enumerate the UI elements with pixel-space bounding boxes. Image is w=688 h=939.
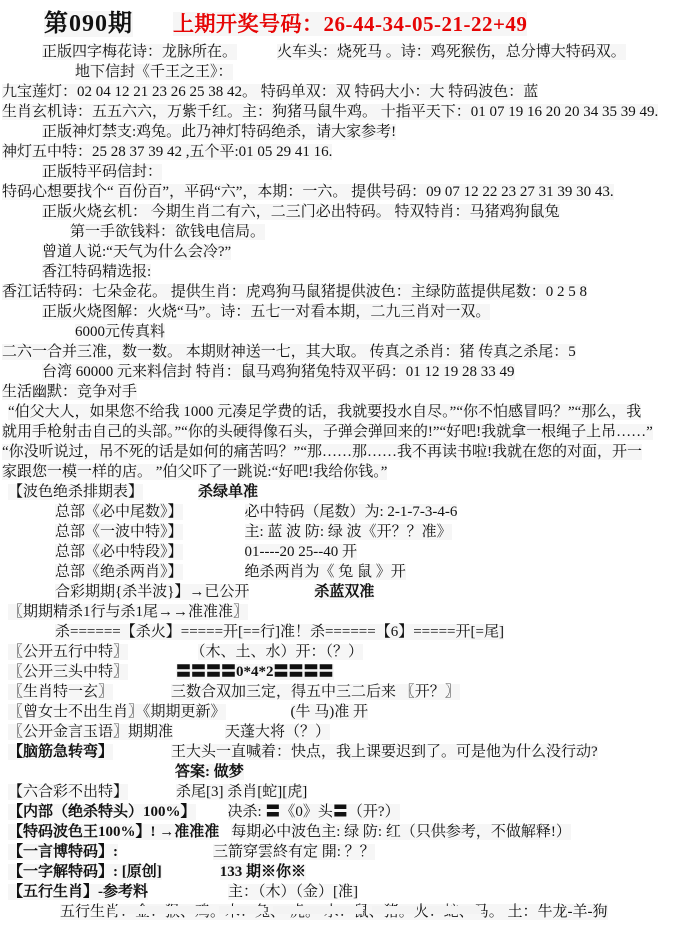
text-segment: 〖公开五行中特〗 xyxy=(8,644,128,660)
money-tip-line: 第一手欲钱料：欲钱电信局。 xyxy=(0,222,688,242)
text-segment: 〖期期精杀1行与杀1尾→→准准准〗 xyxy=(8,604,248,620)
internal-kill-head-line: 【内部（绝杀特头）100%】决杀: 〓《0》头〓（开?） xyxy=(0,802,688,822)
humor-title-line: 生活幽默：竞争对手 xyxy=(0,382,688,402)
text-segment: 就用手枪射击自己的头部。”“你的头硬得像石头，子弹会弹回来的!”“好吧!我就拿一… xyxy=(2,424,653,440)
lamp-five-line: 神灯五中特：25 28 37 39 42 ,五个平:01 05 29 41 16… xyxy=(0,142,688,162)
riddle-line: 【脑筋急转弯】王大头一直喊着：快点，我上课要迟到了。可是他为什么没行动? xyxy=(0,742,688,762)
scan-artifact xyxy=(115,906,481,914)
text-segment: 总部《绝杀两肖》】 xyxy=(55,564,183,580)
text-segment: 【六合彩不出特】 xyxy=(8,784,128,800)
text-segment: 正版火烧玄机： 今期生肖二有六，二三门必出特码。 特双特肖：马猪鸡狗鼠兔 xyxy=(42,204,560,220)
text-segment: 二六一合并三准，数一数。 本期财神送一七，其大取。 传真之杀肖：猪 传真之杀尾：… xyxy=(2,344,576,360)
one-char-solve-line: 【一字解特码】: [原创]133 期※你※ xyxy=(0,862,688,882)
text-segment: 杀尾[3] 杀肖[蛇][虎] xyxy=(176,784,307,800)
precise-kill-detail-line: 杀======【杀火】=====开[==行]准！杀======【6】=====开… xyxy=(0,622,688,642)
text-segment: 天蓬大将（？） xyxy=(225,724,330,740)
text-segment: 【五行生肖】-参考料 xyxy=(8,884,148,900)
scan-artifact-block xyxy=(219,906,264,914)
text-segment: 神灯五中特：25 28 37 39 42 ,五个平:01 05 29 41 16… xyxy=(2,144,332,160)
text-segment: 〖公开金言玉语〗期期准 xyxy=(8,724,173,740)
lotus-lamp-line: 九宝莲灯：02 04 12 21 23 26 25 38 42。 特码单双：双 … xyxy=(0,82,688,102)
plum-poem-line: 正版四字梅花诗：龙脉所在。火车头：烧死马 。诗：鸡死猴伤，总分博大特码双。 xyxy=(0,42,688,62)
hq-wave-line: 总部《一波中特》】主: 蓝 波 防: 绿 波《开？？准》 xyxy=(0,522,688,542)
text-segment: 决杀: 〓《0》头〓（开?） xyxy=(228,804,400,820)
fax-kill-line: 二六一合并三准，数一数。 本期财神送一七，其大取。 传真之杀肖：猪 传真之杀尾：… xyxy=(0,342,688,362)
text-segment: 133 期※你※ xyxy=(220,864,306,880)
riddle-answer-line: 答案: 做梦 xyxy=(0,762,688,782)
text-segment: 正版四字梅花诗：龙脉所在。 xyxy=(42,44,237,60)
zodiac-mystery-line: 〖生肖特一玄〗三数合双加三定，得五中三二后来 〖开？〗 xyxy=(0,682,688,702)
text-segment: 〖曾女士不出生肖〗《期期更新》 xyxy=(8,704,226,720)
header-row: 第090期上期开奖号码：26-44-34-05-21-22+49 xyxy=(0,6,688,42)
text-segment: 总部《必中特段》】 xyxy=(55,544,183,560)
text-segment: 总部《一波中特》】 xyxy=(55,524,183,540)
hongkong-report-line: 香江特码精选报: xyxy=(0,262,688,282)
text-segment: 杀绿单准 xyxy=(198,484,258,500)
hq-range-line: 总部《必中特段》】01----20 25--40 开 xyxy=(0,542,688,562)
ms-zeng-line: 〖曾女士不出生肖〗《期期更新》(牛 马)准 开 xyxy=(0,702,688,722)
text-segment: 总部《必中尾数》】 xyxy=(55,504,183,520)
golden-words-line: 〖公开金言玉语〗期期准天蓬大将（？） xyxy=(0,722,688,742)
text-segment: 三箭穿雲終有定 開: ？？ xyxy=(213,844,375,860)
text-segment: (牛 马)准 开 xyxy=(291,704,369,720)
text-segment: 【一字解特码】: [原创] xyxy=(8,864,162,880)
text-segment: 香江特码精选报: xyxy=(42,264,151,280)
text-segment: 九宝莲灯：02 04 12 21 23 26 25 38 42。 特码单双：双 … xyxy=(2,84,538,100)
issue-number: 第090期 xyxy=(44,11,133,37)
humor-paragraph-line-2: 就用手枪射击自己的头部。”“你的头硬得像石头，子弹会弹回来的!”“好吧!我就拿一… xyxy=(0,422,688,442)
special-envelope-line: 正版特平码信封： xyxy=(0,162,688,182)
text-segment: 杀蓝双准 xyxy=(314,584,374,600)
text-segment: 生肖玄机诗：五五六六，万紫千红。主：狗猪马鼠牛鸡。 十指平天下：01 07 19… xyxy=(2,104,658,120)
text-segment: 【一言博特码】: xyxy=(8,844,118,860)
text-segment: 每期必中波色主: 绿 防: 红（只供参考，不做解释!） xyxy=(231,824,571,840)
text-segment: 01----20 25--40 开 xyxy=(245,544,357,560)
text-segment: 香江话特码：七朵金花。 提供生肖：虎鸡狗马鼠猪提供波色：主绿防蓝提供尾数：0 2… xyxy=(2,284,587,300)
three-heads-line: 〖公开三头中特〗〓〓〓〓0*4*2〓〓〓〓 xyxy=(0,662,688,682)
text-segment: 主: 蓝 波 防: 绿 波《开？？准》 xyxy=(245,524,452,540)
text-segment: 三数合双加三定，得五中三二后来 〖开？〗 xyxy=(171,684,460,700)
text-segment: 正版特平码信封： xyxy=(42,164,162,180)
text-segment: 【波色绝杀排期表】 xyxy=(8,484,143,500)
text-segment: 【内部（绝杀特头）100%】 xyxy=(8,804,196,820)
scan-artifact-block xyxy=(115,906,210,914)
hq-tail-line: 总部《必中尾数》】必中特码（尾数）为: 2-1-7-3-4-6 xyxy=(0,502,688,522)
text-segment: 火车头：烧死马 。诗：鸡死猴伤，总分博大特码双。 xyxy=(277,44,626,60)
envelope-title-line: 地下信封《千王之王》： xyxy=(0,62,688,82)
zodiac-poem-line: 生肖玄机诗：五五六六，万紫千红。主：狗猪马鼠牛鸡。 十指平天下：01 07 19… xyxy=(0,102,688,122)
precise-kill-title-line: 〖期期精杀1行与杀1尾→→准准准〗 xyxy=(0,602,688,622)
zeng-says-line: 曾道人说:“天气为什么会冷?” xyxy=(0,242,688,262)
text-segment: 第一手欲钱料：欲钱电信局。 xyxy=(70,224,265,240)
text-segment: 曾道人说:“天气为什么会冷?” xyxy=(42,244,231,260)
text-segment: “你没听说过，吊不死的话是如何的痛苦吗？”“那……那……我不再读书啦!我就在您的… xyxy=(2,444,642,460)
text-segment: 〓〓〓〓0*4*2〓〓〓〓 xyxy=(176,664,334,680)
fire-mystery-line: 正版火烧玄机： 今期生肖二有六，二三门必出特码。 特双特肖：马猪鸡狗鼠兔 xyxy=(0,202,688,222)
fire-diagram-line: 正版火烧图解：火烧“马”。诗：五七一对看本期，二九三肖对一双。 xyxy=(0,302,688,322)
text-segment: 【特码波色王100%】! →准准准 xyxy=(8,824,219,840)
text-segment: （木、土、水）开：（？） xyxy=(198,644,363,660)
text-segment: 6000元传真料 xyxy=(75,324,165,340)
text-segment: 必中特码（尾数）为: 2-1-7-3-4-6 xyxy=(245,504,458,520)
text-segment: 〖生肖特一玄〗 xyxy=(8,684,113,700)
text-segment: 答案: 做梦 xyxy=(175,764,244,780)
text-segment: 正版神灯禁支:鸡兔。此乃神灯特码绝杀，请大家参考! xyxy=(42,124,396,140)
document-body: 第090期上期开奖号码：26-44-34-05-21-22+49正版四字梅花诗：… xyxy=(0,6,688,922)
half-wave-line: 合彩期期{杀半波}】→已公开杀蓝双准 xyxy=(0,582,688,602)
text-segment: “伯父大人，如果您不给我 1000 元凑足学费的话，我就要投水自尽。”“你不怕感… xyxy=(8,404,641,420)
wave-king-line: 【特码波色王100%】! →准准准每期必中波色主: 绿 防: 红（只供参考，不做… xyxy=(0,822,688,842)
taiwan-envelope-line: 台湾 60000 元来料信封 特肖：鼠马鸡狗猪兔特双平码：01 12 19 28… xyxy=(0,362,688,382)
fax-6000-line: 6000元传真料 xyxy=(0,322,688,342)
no-special-line: 【六合彩不出特】杀尾[3] 杀肖[蛇][虎] xyxy=(0,782,688,802)
text-segment: 台湾 60000 元来料信封 特肖：鼠马鸡狗猪兔特双平码：01 12 19 28… xyxy=(42,364,515,380)
wave-kill-table-line: 【波色绝杀排期表】杀绿单准 xyxy=(0,482,688,502)
humor-paragraph-line-4: 家跟您一模一样的店。 ”伯父吓了一跳说:“好吧!我给你钱。” xyxy=(0,462,688,482)
text-segment: 地下信封《千王之王》： xyxy=(75,64,233,80)
text-segment: 特码心想要找个“ 百份百”，平码“六”，本期：一六。 提供号码：09 07 12… xyxy=(2,184,614,200)
text-segment: 合彩期期{杀半波}】→已公开 xyxy=(55,584,249,600)
text-segment: 主：（木）（金）[准] xyxy=(228,884,358,900)
lamp-ban-line: 正版神灯禁支:鸡兔。此乃神灯特码绝杀，请大家参考! xyxy=(0,122,688,142)
scan-artifact-block xyxy=(372,906,417,914)
text-segment: 正版火烧图解：火烧“马”。诗：五七一对看本期，二九三肖对一双。 xyxy=(42,304,490,320)
text-segment: 【脑筋急转弯】 xyxy=(8,744,113,760)
scan-artifact-block xyxy=(273,906,363,914)
text-segment: 绝杀两肖为《 兔 鼠 》开 xyxy=(245,564,406,580)
humor-paragraph-line-3: “你没听说过，吊不死的话是如何的痛苦吗？”“那……那……我不再读书啦!我就在您的… xyxy=(0,442,688,462)
five-element-zodiac-title-line: 【五行生肖】-参考料主：（木）（金）[准] xyxy=(0,882,688,902)
text-segment: 家跟您一模一样的店。 ”伯父吓了一跳说:“好吧!我给你钱。” xyxy=(2,464,387,480)
five-elements-line: 〖公开五行中特〗（木、土、水）开：（？） xyxy=(0,642,688,662)
one-word-bet-line: 【一言博特码】:三箭穿雲終有定 開: ？？ xyxy=(0,842,688,862)
last-draw-numbers: 上期开奖号码：26-44-34-05-21-22+49 xyxy=(173,12,527,36)
humor-paragraph-line-1: “伯父大人，如果您不给我 1000 元凑足学费的话，我就要投水自尽。”“你不怕感… xyxy=(0,402,688,422)
hundred-percent-line: 特码心想要找个“ 百份百”，平码“六”，本期：一六。 提供号码：09 07 12… xyxy=(0,182,688,202)
text-segment: 〖公开三头中特〗 xyxy=(8,664,128,680)
hq-kill-two-line: 总部《绝杀两肖》】绝杀两肖为《 兔 鼠 》开 xyxy=(0,562,688,582)
hongkong-code-line: 香江话特码：七朵金花。 提供生肖：虎鸡狗马鼠猪提供波色：主绿防蓝提供尾数：0 2… xyxy=(0,282,688,302)
text-segment: 生活幽默：竞争对手 xyxy=(2,384,137,400)
lottery-tip-sheet: 第090期上期开奖号码：26-44-34-05-21-22+49正版四字梅花诗：… xyxy=(0,0,688,939)
text-segment: 杀======【杀火】=====开[==行]准！杀======【6】=====开… xyxy=(55,624,504,640)
scan-artifact-block xyxy=(426,906,481,914)
text-segment: 王大头一直喊着：快点，我上课要迟到了。可是他为什么没行动? xyxy=(171,744,598,760)
